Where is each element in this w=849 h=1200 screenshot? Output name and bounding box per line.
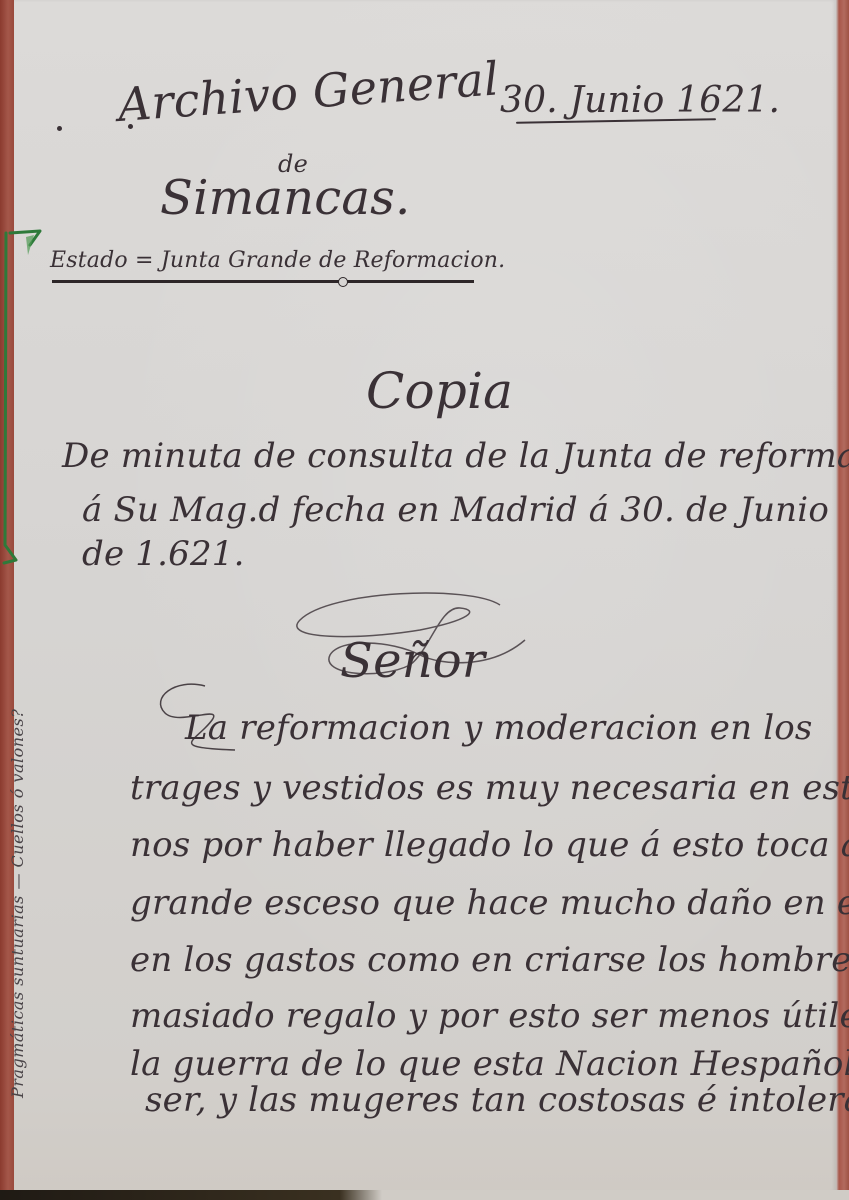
intro-line: de 1.621.: [82, 534, 245, 574]
document-scene: Archivo General de Simancas. 30. Junio 1…: [0, 0, 849, 1200]
section-rule-ornament: [338, 277, 348, 287]
body-line: ser, y las mugeres tan costosas é intole…: [145, 1080, 849, 1120]
section-label: Estado = Junta Grande de Reformacion.: [50, 248, 505, 273]
body-line: en los gastos como en criarse los hombre…: [130, 940, 849, 980]
body-line: La reformacion y moderacion en los: [185, 708, 813, 748]
green-bracket-mark: [2, 215, 42, 565]
margin-annotation: Pragmáticas suntuarias — Cuellos ó valon…: [8, 709, 27, 1098]
body-line: trages y vestidos es muy necesaria en es…: [130, 768, 849, 808]
intro-line: á Su Mag.d fecha en Madrid á 30. de Juni…: [82, 490, 829, 530]
body-line: nos por haber llegado lo que á esto toca…: [130, 825, 849, 865]
bullet-dot: [57, 126, 62, 131]
document-date: 30. Junio 1621.: [500, 80, 780, 121]
salutation: Señor: [340, 633, 485, 689]
body-line: la guerra de lo que esta Nacion Hespañol…: [130, 1044, 849, 1084]
intro-line: De minuta de consulta de la Junta de ref…: [62, 436, 849, 476]
section-rule: [52, 280, 474, 283]
archive-location: Simancas.: [160, 170, 410, 226]
body-line: grande esceso que hace mucho daño en ell…: [130, 883, 849, 923]
body-line: masiado regalo y por esto ser menos útil…: [130, 996, 849, 1036]
document-heading: Copia: [366, 362, 513, 420]
page-bottom-edge: [0, 1190, 849, 1200]
